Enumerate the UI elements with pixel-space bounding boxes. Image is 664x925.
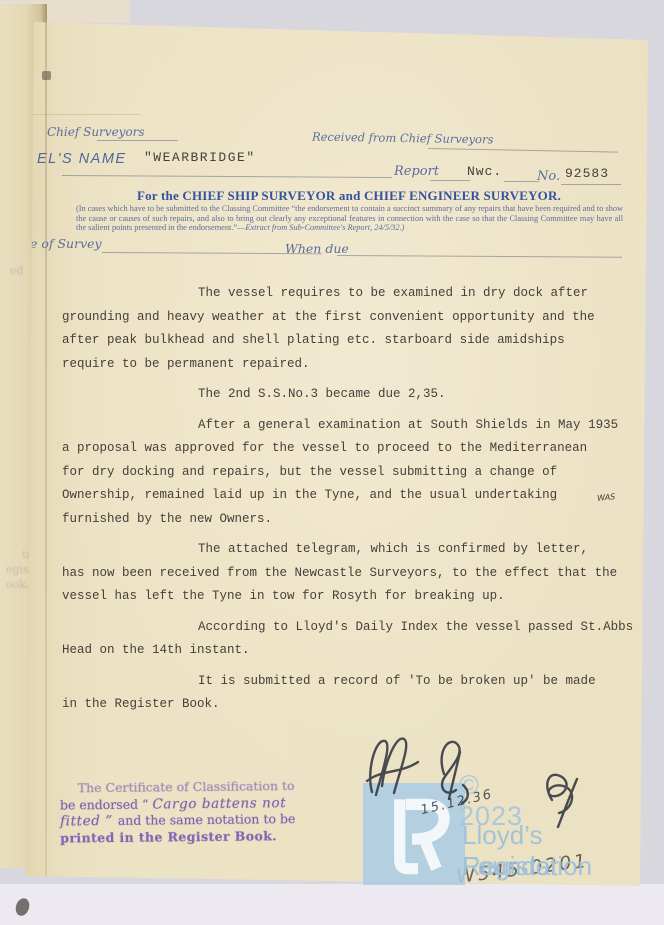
- body-line: After a general examination at South Shi…: [62, 414, 624, 438]
- body-line: The vessel requires to be examined in dr…: [62, 282, 624, 306]
- body-line: According to Lloyd's Daily Index the ves…: [62, 616, 624, 640]
- body-line: Head on the 14th instant.: [62, 639, 624, 663]
- scanned-document-photo: ed tr egis ook. Chief Surveyors Received…: [0, 0, 664, 925]
- bleed-text-fragment: egis: [6, 563, 29, 576]
- ruled-line: [504, 181, 539, 182]
- ruled-line: [102, 252, 322, 254]
- signatures: [352, 722, 632, 842]
- paragraph: The vessel requires to be examined in dr…: [62, 282, 624, 376]
- ruled-line: [97, 140, 178, 141]
- stamp-line: The Certificate of Classification to: [60, 778, 345, 797]
- body-line: furnished by the new Owners.: [62, 508, 624, 532]
- ruled-line: [430, 180, 470, 181]
- signature-stroke: [367, 762, 418, 781]
- signature-stroke: [547, 775, 572, 813]
- stamp-text: be endorsed “: [60, 796, 153, 812]
- body-line: The attached telegram, which is confirme…: [62, 538, 624, 562]
- committee-note: (In cases which have to be submitted to …: [76, 204, 623, 233]
- report-office-value: Nwc.: [467, 164, 502, 179]
- body-line: grounding and heavy weather at the first…: [62, 306, 624, 330]
- body-line: Ownership, remained laid up in the Tyne,…: [62, 484, 624, 508]
- paragraph: The attached telegram, which is confirme…: [62, 538, 624, 609]
- received-from-label: Received from Chief Surveyors: [312, 130, 494, 147]
- signature-stroke: [382, 739, 406, 793]
- body-line: It is submitted a record of 'To be broke…: [62, 670, 624, 694]
- body-line: require to be permanent repaired.: [62, 353, 624, 377]
- report-body: The vessel requires to be examined in dr…: [62, 282, 624, 724]
- body-line: for dry docking and repairs, but the ves…: [62, 461, 624, 485]
- paragraph: It is submitted a record of 'To be broke…: [62, 670, 624, 717]
- body-line: a proposal was approved for the vessel t…: [62, 437, 624, 461]
- body-line: vessel has left the Tyne in tow for Rosy…: [62, 585, 624, 609]
- handwritten-insertion: was: [596, 488, 615, 504]
- body-line: has now been received from the Newcastle…: [62, 562, 624, 586]
- bleed-text-fragment: ook.: [6, 578, 29, 591]
- report-label: Report: [394, 164, 439, 179]
- page-crease: [26, 114, 141, 115]
- number-label: No.: [537, 169, 560, 184]
- paragraph: According to Lloyd's Daily Index the ves…: [62, 616, 624, 663]
- vessel-name-value: "WEARBRIDGE": [144, 150, 256, 165]
- date-of-survey-label: e of Survey: [30, 236, 102, 251]
- paragraph: The 2nd S.S.No.3 became due 2,35.: [62, 383, 624, 407]
- ruled-line: [62, 175, 392, 178]
- rubber-stamp: The Certificate of Classification to be …: [60, 778, 346, 847]
- fold-mark: [42, 71, 51, 80]
- bleed-text-fragment: ed: [10, 264, 24, 277]
- body-line: The 2nd S.S.No.3 became due 2,35.: [62, 383, 624, 407]
- stamp-text: and the same notation to be: [118, 811, 296, 828]
- ruled-line: [428, 148, 618, 153]
- committee-note-source: Extract from Sub-Committee's Report, 24/…: [245, 223, 404, 232]
- backdrop-lower-band: [0, 884, 664, 925]
- stamp-line: printed in the Register Book.: [60, 827, 345, 846]
- body-line: after peak bulkhead and shell plating et…: [62, 329, 624, 353]
- watermark-org-name: Foundation: [462, 851, 592, 882]
- form-heading: For the CHIEF SHIP SURVEYOR and CHIEF EN…: [76, 188, 622, 204]
- report-number-value: 92583: [565, 166, 609, 181]
- body-line: in the Register Book.: [62, 693, 624, 717]
- stamp-script-text: fitted ”: [60, 813, 118, 830]
- ruled-line: [337, 255, 622, 258]
- paragraph: After a general examination at South Shi…: [62, 414, 624, 532]
- vessel-name-label: EL'S NAME: [37, 151, 127, 167]
- ruled-line: [561, 184, 621, 185]
- chief-surveyors-label: Chief Surveyors: [47, 125, 145, 139]
- stamp-script-text: Cargo battens not: [152, 795, 286, 812]
